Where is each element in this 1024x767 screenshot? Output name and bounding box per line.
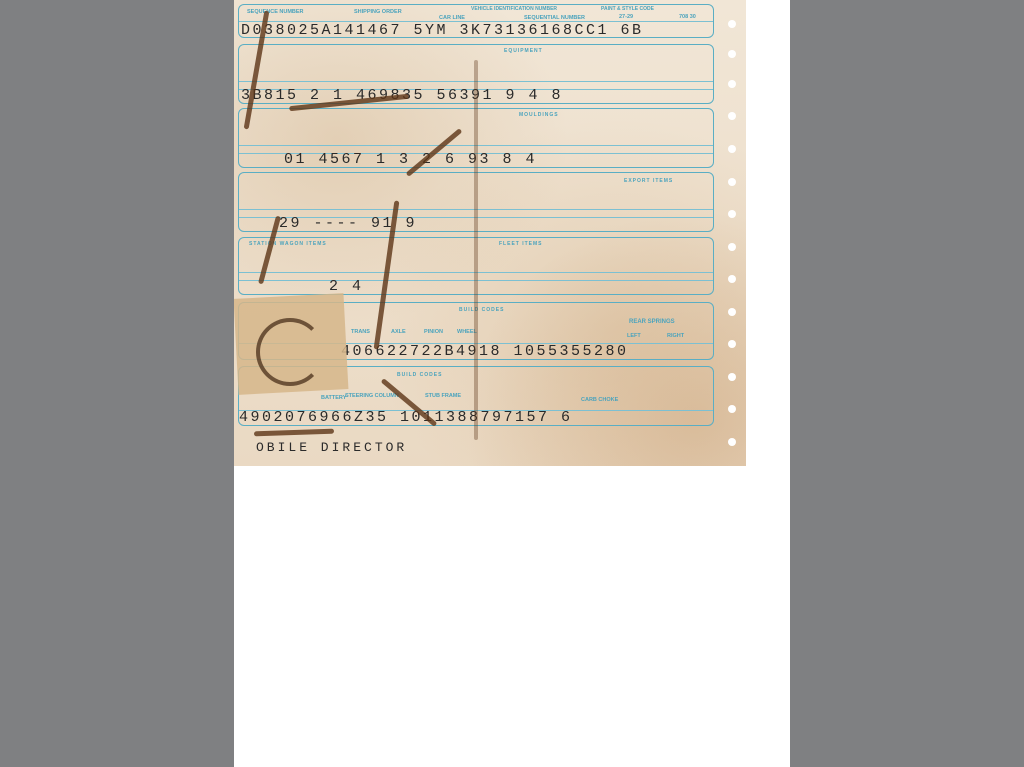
row1-label-sequence: SEQUENCE NUMBER (247, 9, 304, 15)
row7-label-carb-choke: CARB CHOKE (581, 397, 618, 403)
row4-title: EXPORT ITEMS (624, 178, 673, 184)
tractor-hole (728, 373, 736, 381)
row7-label-stub-frame: STUB FRAME (425, 393, 461, 399)
document-page: SEQUENCE NUMBER SHIPPING ORDER CAR LINE … (234, 0, 790, 767)
tractor-hole (728, 50, 736, 58)
row6-label-pinion: PINION (424, 329, 443, 335)
tractor-hole (728, 438, 736, 446)
row3-typed-codes: 01 4567 1 3 2 6 93 8 4 (284, 151, 537, 168)
row5-title-fleet: FLEET ITEMS (499, 241, 543, 247)
tractor-hole (728, 80, 736, 88)
burn-mark (474, 60, 478, 440)
burn-mark (254, 429, 334, 437)
row1-label-shipping: SHIPPING ORDER (354, 9, 402, 15)
row6-title: BUILD CODES (459, 307, 504, 313)
row6-label-left: LEFT (627, 333, 641, 339)
row6-typed-codes: 406622722B4918 1055355280 (341, 343, 629, 360)
tractor-hole (728, 20, 736, 28)
row1-typed-codes: D038025A141467 5YM 3K73136168CC1 6B (241, 22, 644, 39)
row2-title: EQUIPMENT (504, 48, 543, 54)
row7-title: BUILD CODES (397, 372, 442, 378)
tractor-hole (728, 275, 736, 283)
row5-typed-codes: 2 4 (329, 278, 364, 295)
tractor-hole (728, 112, 736, 120)
row6-label-trans: TRANS (351, 329, 370, 335)
tractor-hole (728, 243, 736, 251)
row1-label-paint-range: 27-29 (619, 14, 633, 20)
row1-label-vin: VEHICLE IDENTIFICATION NUMBER (471, 6, 557, 12)
row7-typed-codes: 4902076966Z35 1011388797157 6 (239, 409, 573, 426)
row5-title-wagon: STATION WAGON ITEMS (249, 241, 327, 247)
broadcast-sheet-scan: SEQUENCE NUMBER SHIPPING ORDER CAR LINE … (234, 0, 746, 466)
row6-label-right: RIGHT (667, 333, 684, 339)
row7-label-steering-column: STEERING COLUMN (345, 393, 399, 399)
row1-label-trim: 708 30 (679, 14, 696, 20)
tractor-hole (728, 340, 736, 348)
row1-label-paint: PAINT & STYLE CODE (601, 6, 654, 12)
tractor-hole (728, 308, 736, 316)
rust-ring-stain (256, 318, 324, 386)
row3-title: MOULDINGS (519, 112, 559, 118)
tractor-hole (728, 405, 736, 413)
tractor-hole (728, 210, 736, 218)
tractor-hole (728, 145, 736, 153)
row6-label-rear-springs: REAR SPRINGS (629, 319, 675, 325)
footer-typed-text: OBILE DIRECTOR (256, 440, 407, 455)
row1-block: SEQUENCE NUMBER SHIPPING ORDER CAR LINE … (238, 4, 714, 38)
row7-label-battery: BATTERY (321, 395, 346, 401)
row6-label-axle: AXLE (391, 329, 406, 335)
tractor-hole (728, 178, 736, 186)
